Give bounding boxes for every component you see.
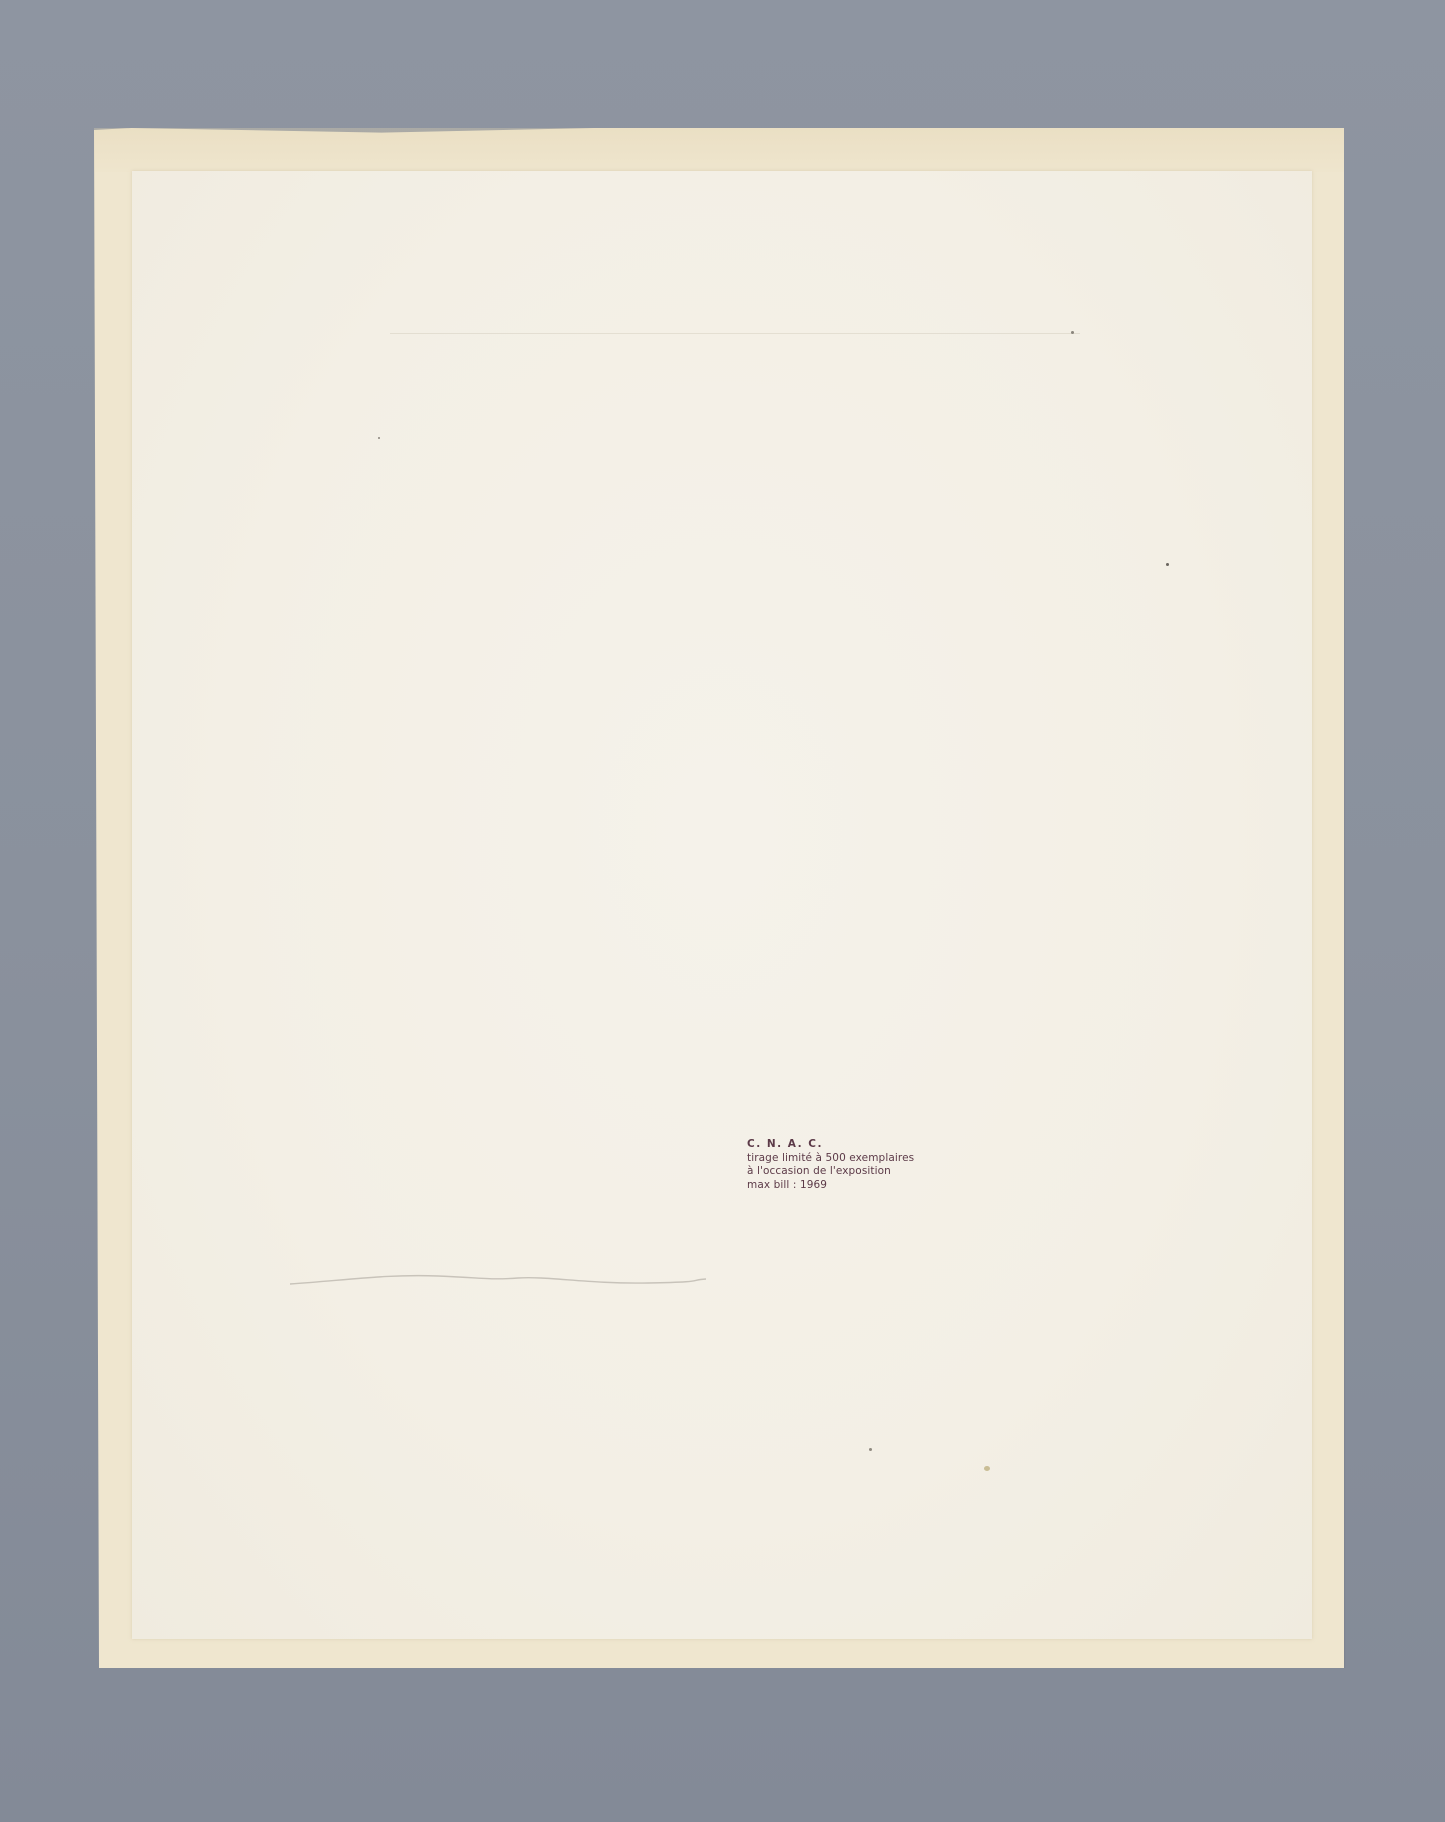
edition-stamp: C. N. A. C. tirage limité à 500 exemplai… [747,1138,914,1192]
spot [984,1466,990,1471]
stamp-publisher: C. N. A. C. [747,1138,914,1152]
show-through-line [390,333,1080,334]
spot [869,1448,872,1451]
pencil-line [288,1270,708,1290]
stamp-edition-line: tirage limité à 500 exemplaires [747,1152,914,1166]
spot [378,437,380,439]
inner-print-area [132,171,1312,1639]
top-edge-shade [94,128,1344,172]
spot [1071,331,1074,334]
stamp-occasion-line: à l'occasion de l'exposition [747,1165,914,1179]
spot [1166,563,1169,566]
stamp-artist-year: max bill : 1969 [747,1179,914,1193]
